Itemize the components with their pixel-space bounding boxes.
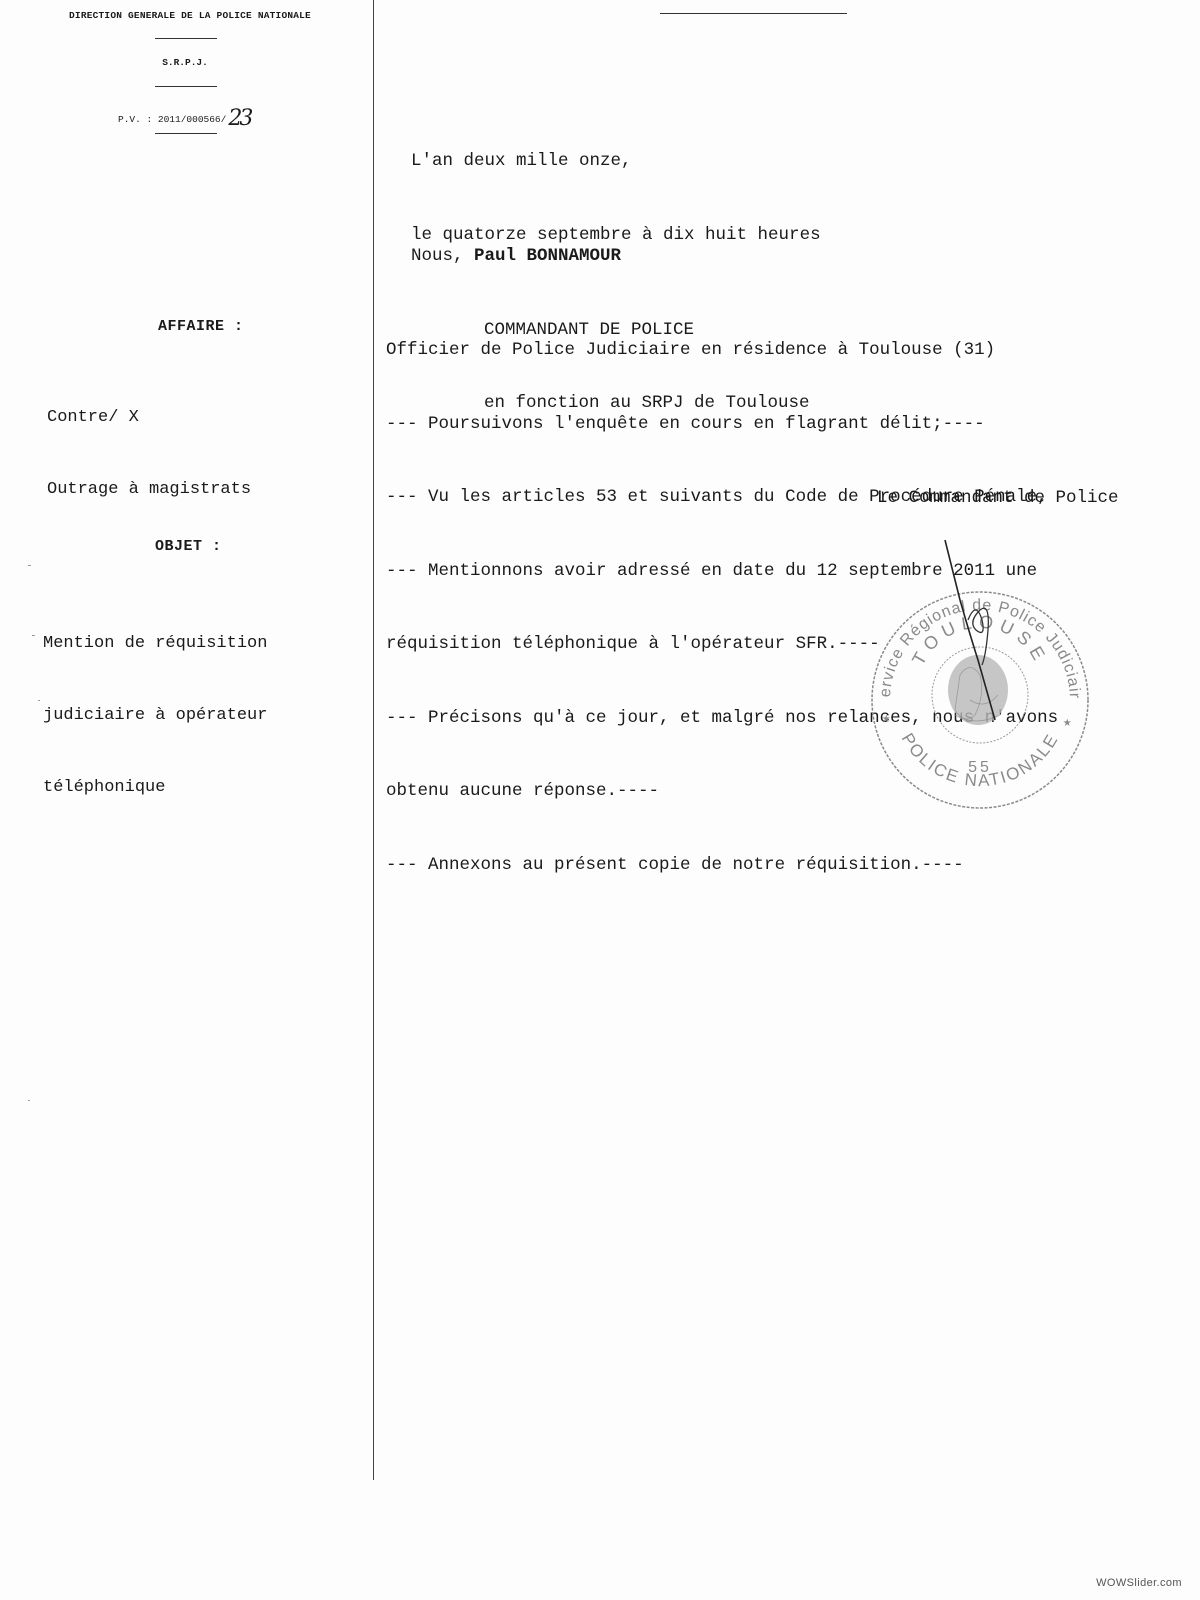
statement-line: --- Annexons au présent copie de notre r… bbox=[386, 853, 1166, 878]
svg-text:★: ★ bbox=[882, 711, 891, 727]
stamp-seal-icon: Service Régional de Police Judiciaire TO… bbox=[860, 540, 1100, 830]
statement-line: Officier de Police Judiciaire en résiden… bbox=[386, 338, 1166, 363]
top-rule bbox=[660, 13, 847, 14]
objet-details: Mention de réquisition judiciaire à opér… bbox=[43, 584, 267, 848]
affaire-label: AFFAIRE : bbox=[158, 318, 244, 335]
pv-handwritten-number: 23 bbox=[228, 106, 250, 131]
officer-intro: Nous, bbox=[411, 246, 474, 266]
objet-line: judiciaire à opérateur bbox=[43, 704, 267, 728]
separator-rule bbox=[155, 38, 217, 39]
officer-intro-line: Nous, Paul BONNAMOUR bbox=[411, 244, 810, 269]
objet-line: Mention de réquisition bbox=[43, 632, 267, 656]
affaire-line: Contre/ X bbox=[47, 406, 251, 430]
objet-line: téléphonique bbox=[43, 776, 267, 800]
separator-rule bbox=[155, 86, 217, 87]
affaire-details: Contre/ X Outrage à magistrats bbox=[47, 358, 251, 550]
direction-header: DIRECTION GENERALE DE LA POLICE NATIONAL… bbox=[40, 10, 340, 21]
service-name: S.R.P.J. bbox=[120, 57, 250, 68]
statement-line: --- Poursuivons l'enquête en cours en fl… bbox=[386, 412, 1166, 437]
column-divider bbox=[373, 0, 374, 1480]
svg-text:★: ★ bbox=[1063, 715, 1072, 731]
date-line: L'an deux mille onze, bbox=[411, 149, 821, 174]
separator-rule bbox=[155, 133, 217, 134]
objet-label: OBJET : bbox=[155, 538, 222, 555]
officer-name: Paul BONNAMOUR bbox=[474, 246, 621, 266]
pv-prefix: P.V. : 2011/000566/ bbox=[118, 114, 226, 125]
pv-reference: P.V. : 2011/000566/23 bbox=[118, 103, 250, 128]
signature-title: Le Commandant de Police bbox=[877, 488, 1119, 508]
affaire-line: Outrage à magistrats bbox=[47, 478, 251, 502]
official-stamp: Service Régional de Police Judiciaire TO… bbox=[860, 540, 1100, 830]
document-page: DIRECTION GENERALE DE LA POLICE NATIONAL… bbox=[0, 0, 1200, 1600]
watermark: WOWSlider.com bbox=[1096, 1577, 1182, 1589]
